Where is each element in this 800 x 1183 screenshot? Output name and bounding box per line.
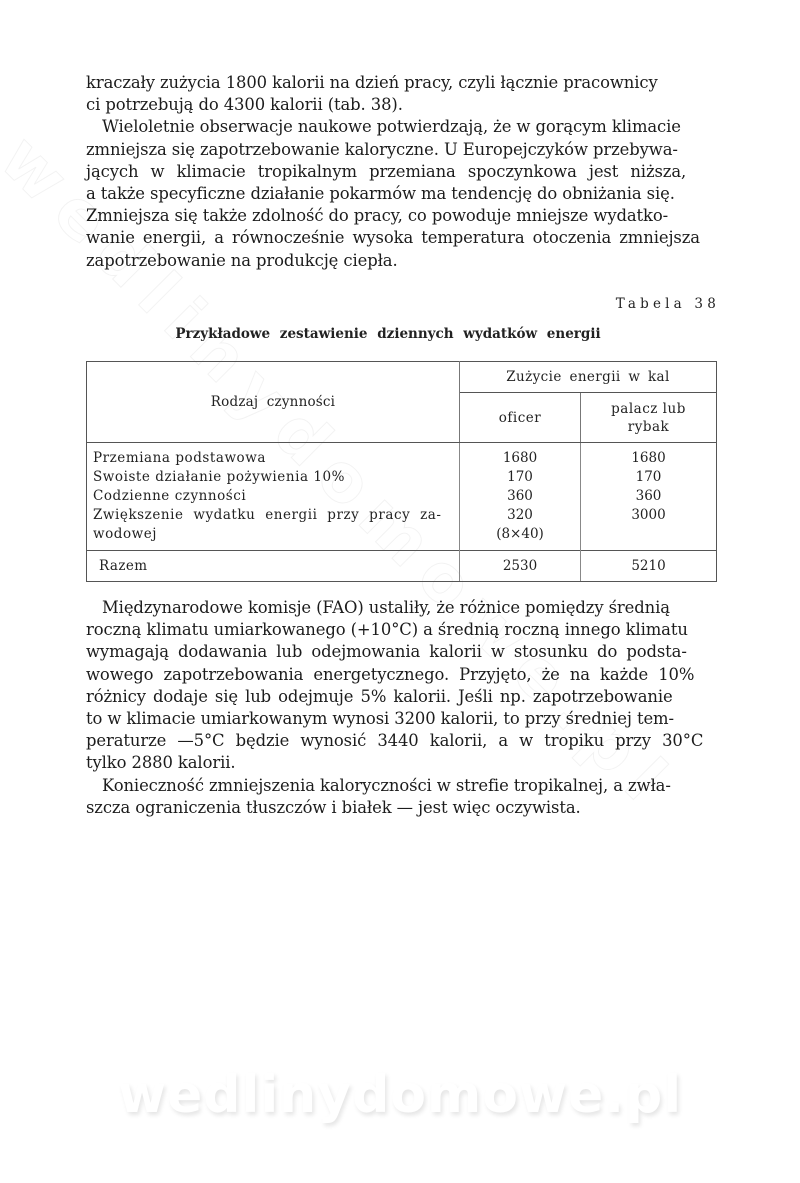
cell-value: 360 xyxy=(581,487,716,506)
header-energy-group: Zużycie energii w kal xyxy=(460,362,717,393)
cell-value: 3000 xyxy=(581,506,716,525)
cell-value: 1680 xyxy=(581,449,716,468)
text-line: wymagają dodawania lub odejmowania kalor… xyxy=(86,641,718,663)
stoker-values: 1680 170 360 3000 xyxy=(581,443,717,551)
paragraph-conclusion: Konieczność zmniejszenia kaloryczności w… xyxy=(86,775,718,819)
text-line: wowego zapotrzebowania energetycznego. P… xyxy=(86,664,718,686)
cell-value: 1680 xyxy=(460,449,580,468)
header-line: rybak xyxy=(581,418,716,436)
activity-basal: Przemiana podstawowa xyxy=(93,449,459,468)
text-line: różnicy dodaje się lub odejmuje 5% kalor… xyxy=(86,686,718,708)
text-line: Konieczność zmniejszenia kaloryczności w… xyxy=(86,775,718,797)
text-line: szcza ograniczenia tłuszczów i białek — … xyxy=(86,797,718,819)
header-stoker-fisherman: palacz lub rybak xyxy=(581,393,717,443)
header-activity: Rodzaj czynności xyxy=(87,362,460,443)
activity-daily: Codzienne czynności xyxy=(93,487,459,506)
text-line: zapotrzebowanie na produkcję ciepła. xyxy=(86,250,718,272)
text-line: tylko 2880 kalorii. xyxy=(86,752,718,774)
cell-value: (8×40) xyxy=(460,525,580,544)
table-number-label: Tabela 38 xyxy=(86,296,720,312)
header-line: palacz lub xyxy=(581,400,716,418)
table-total-row: Razem 2530 5210 xyxy=(87,551,717,582)
activity-labels: Przemiana podstawowa Swoiste działanie p… xyxy=(87,443,460,551)
text-line: a także specyficzne działanie pokarmów m… xyxy=(86,183,718,205)
table-body-row: Przemiana podstawowa Swoiste działanie p… xyxy=(87,443,717,551)
text-line: Międzynarodowe komisje (FAO) ustaliły, ż… xyxy=(86,597,718,619)
total-stoker: 5210 xyxy=(581,551,717,582)
text-line: to w klimacie umiarkowanym wynosi 3200 k… xyxy=(86,708,718,730)
paragraph-continuation: kraczały zużycia 1800 kalorii na dzień p… xyxy=(86,72,718,116)
paragraph-observations: Wieloletnie obserwacje naukowe potwierdz… xyxy=(86,116,718,271)
header-officer: oficer xyxy=(460,393,581,443)
activity-work-increase-cont: wodowej xyxy=(93,525,459,544)
cell-value: 320 xyxy=(460,506,580,525)
text-line: zmniejsza się zapotrzebowanie kaloryczne… xyxy=(86,139,718,161)
text-line: wanie energii, a równocześnie wysoka tem… xyxy=(86,227,718,249)
text-line: kraczały zużycia 1800 kalorii na dzień p… xyxy=(86,72,718,94)
officer-values: 1680 170 360 320 (8×40) xyxy=(460,443,581,551)
text-line: peraturze —5°C będzie wynosić 3440 kalor… xyxy=(86,730,718,752)
total-officer: 2530 xyxy=(460,551,581,582)
cell-value: 360 xyxy=(460,487,580,506)
cell-value: 170 xyxy=(581,468,716,487)
text-line: roczną klimatu umiarkowanego (+10°C) a ś… xyxy=(86,619,718,641)
paragraph-fao: Międzynarodowe komisje (FAO) ustaliły, ż… xyxy=(86,597,718,775)
text-line: Zmniejsza się także zdolność do pracy, c… xyxy=(86,205,718,227)
total-label: Razem xyxy=(87,551,460,582)
energy-expenditure-table: Rodzaj czynności Zużycie energii w kal o… xyxy=(86,361,717,582)
cell-value: 170 xyxy=(460,468,580,487)
activity-work-increase: Zwiększenie wydatku energii przy pracy z… xyxy=(93,506,459,525)
text-line: jących w klimacie tropikalnym przemiana … xyxy=(86,161,718,183)
outro-text: Międzynarodowe komisje (FAO) ustaliły, ż… xyxy=(86,597,718,819)
text-line: Wieloletnie obserwacje naukowe potwierdz… xyxy=(86,116,718,138)
activity-food-effect: Swoiste działanie pożywienia 10% xyxy=(93,468,459,487)
watermark-text: wedlinydomowe.pl xyxy=(0,1065,800,1125)
table-header-row: Rodzaj czynności Zużycie energii w kal xyxy=(87,362,717,393)
intro-text: kraczały zużycia 1800 kalorii na dzień p… xyxy=(86,72,718,342)
table-title: Przykładowe zestawienie dziennych wydatk… xyxy=(58,326,718,342)
text-line: ci potrzebują do 4300 kalorii (tab. 38). xyxy=(86,94,718,116)
